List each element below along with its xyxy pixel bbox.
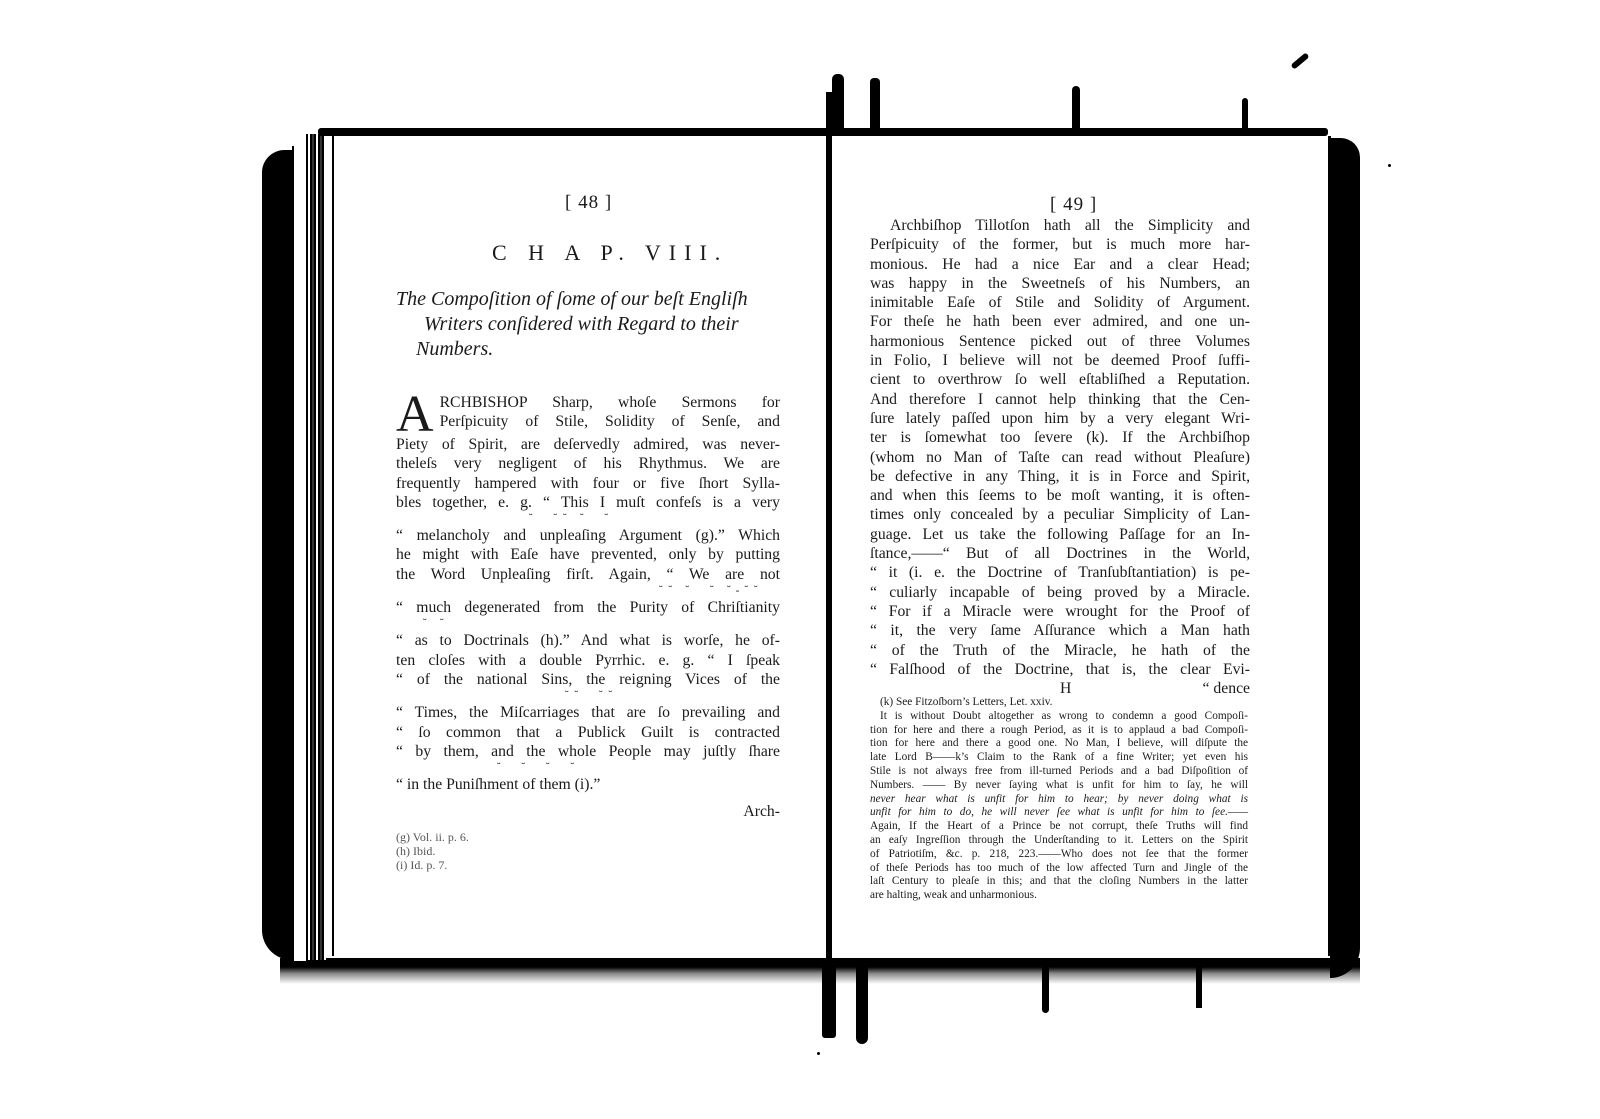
text-line: and when this ſeems to be moſt wanting, … [870, 486, 1250, 505]
footnote-line: tion for here and there a rough Period, … [870, 724, 1248, 738]
text-line: “ culiarly incapable of being proved by … [870, 583, 1250, 602]
right-body-text: Archbiſhop Tillotſon hath all the Simpli… [870, 216, 1250, 698]
bookmark-tab [1242, 98, 1248, 134]
text-line: “ it (i. e. the Doctrine of Tranſubſtant… [870, 563, 1250, 582]
bookmark-tab [832, 74, 844, 134]
footnote: (h) Ibid. [396, 844, 469, 858]
bookmark-tab [870, 78, 880, 133]
ink-speck [817, 1052, 820, 1055]
chapter-title-line: Writers conſidered with Regard to their [396, 312, 780, 337]
text-line: he might with Eaſe have prevented, only … [396, 545, 780, 564]
text-line: ſure lately paſſed upon him by a very el… [870, 409, 1250, 428]
text-line: ter is ſomewhat too ſevere (k). If the A… [870, 428, 1250, 447]
text-line: “ it, the very ſame Aſſurance which a Ma… [870, 621, 1250, 640]
bookmark-tab [1196, 958, 1202, 1008]
text-line: times only concealed by a peculiar Simpl… [870, 505, 1250, 524]
text-line: theleſs very negligent of his Rhythmus. … [396, 454, 780, 473]
scansion-marks: ˘ ˘˘ ˘ ˘ [396, 512, 780, 526]
text-line: “ Times, the Miſcarriages that are ſo pr… [396, 703, 780, 722]
footnote: (i) Id. p. 7. [396, 858, 469, 872]
text-line: “ by them, and the whole People may juſt… [396, 742, 780, 761]
catchword: Arch- [396, 802, 780, 821]
chapter-heading: C H A P. VIII. [492, 240, 728, 266]
book-cover-right-edge [1330, 138, 1360, 978]
footnote-line: tion for here and there a good one. No M… [870, 737, 1248, 751]
text-line: RCHBISHOP Sharp, whoſe Sermons for [396, 393, 780, 412]
text-line: bles together, e. g. “ This I muſt confe… [396, 493, 780, 512]
scansion-marks: ˘ ˘ ˘ ˘ [396, 761, 780, 775]
scansion-marks: ˘˘ ˘ ˘ ˘-˘˘ [396, 584, 780, 598]
text-line: monious. He had a nice Ear and a clear H… [870, 255, 1250, 274]
ink-speck [1388, 164, 1391, 167]
text-line: (whom no Man of Taſte can read without P… [870, 448, 1250, 467]
text-line: cient to overthrow ſo well eſtabliſhed a… [870, 370, 1250, 389]
footnote-line: unfit for him to do, he will never ſee w… [870, 806, 1248, 820]
text-line: was happy in the Sweetneſs of his Number… [870, 274, 1250, 293]
text-line: Perſpicuity of Stile, Solidity of Senſe,… [396, 412, 780, 431]
text-line: For theſe he hath been ever admired, and… [870, 312, 1250, 331]
footnote-line: of Patriotiſm, &c. p. 218, 223.——Who doe… [870, 848, 1248, 862]
chapter-title-line: The Compoſition of ſome of our beſt Engl… [396, 287, 780, 312]
footnote-line: laſt Century to pleaſe in this; and that… [870, 875, 1248, 889]
page-stack-edge-inner [306, 134, 326, 960]
text-line: in Folio, I believe will not be deemed P… [870, 351, 1250, 370]
text-line: And therefore I cannot help thinking tha… [870, 390, 1250, 409]
text-line: “ of the national Sins, the reigning Vic… [396, 670, 780, 689]
text-line: harmonious Sentence picked out of three … [870, 332, 1250, 351]
text-line: ten cloſes with a double Pyrrhic. e. g. … [396, 651, 780, 670]
scansion-marks: ˘˘ ˘˘ [396, 689, 780, 703]
text-line: Perſpicuity of the former, but is much m… [870, 235, 1250, 254]
bookmark-tab [1072, 86, 1080, 134]
chapter-title: The Compoſition of ſome of our beſt Engl… [396, 287, 780, 362]
footnote-line: It is without Doubt altogether as wrong … [870, 710, 1248, 724]
footnote-line: late Lord B——k’s Claim to the Rank of a … [870, 751, 1248, 765]
footnote-line: are halting, weak and unharmonious. [870, 889, 1248, 903]
text-line: Piety of Spirit, are deſervedly admired,… [396, 435, 780, 454]
text-line: inimitable Eaſe of Stile and Solidity of… [870, 293, 1250, 312]
text-line: “ as to Doctrinals (h).” And what is wor… [396, 631, 780, 650]
book-gutter [826, 92, 832, 982]
text-line: guage. Let us take the following Paſſage… [870, 525, 1250, 544]
text-line: “ much degenerated from the Purity of Ch… [396, 598, 780, 617]
page-number-right: [ 49 ] [1050, 194, 1097, 216]
text-line: “ in the Puniſhment of them (i).” [396, 775, 780, 794]
footnote-line: Again, If the Heart of a Prince be not c… [870, 820, 1248, 834]
footnote-line: (k) See Fitzoſborn’s Letters, Let. xxiv. [870, 696, 1248, 710]
bookmark-tab [1042, 958, 1049, 1013]
left-body-text: A RCHBISHOP Sharp, whoſe Sermons for Per… [396, 393, 780, 822]
text-line: “ Falſhood of the Doctrine, that is, the… [870, 660, 1250, 679]
footnote: (g) Vol. ii. p. 6. [396, 830, 469, 844]
text-line: ſtance,——“ But of all Doctrines in the W… [870, 544, 1250, 563]
footnote-line: Stile is not always free from ill-turned… [870, 765, 1248, 779]
footnote-line: an eaſy Ingreſſion through the Underſtan… [870, 834, 1248, 848]
book-top-edge [318, 128, 1328, 136]
page-number-left: [ 48 ] [565, 192, 612, 214]
text-line: “ For if a Miracle were wrought for the … [870, 602, 1250, 621]
text-line: the Word Unpleaſing firſt. Again, “ We a… [396, 565, 780, 584]
text-line: “ of the Truth of the Miracle, he hath o… [870, 641, 1250, 660]
footnote-line: never hear what is unfit for him to hear… [870, 793, 1248, 807]
left-footnotes: (g) Vol. ii. p. 6. (h) Ibid. (i) Id. p. … [396, 830, 469, 872]
drop-cap: A [396, 395, 434, 435]
text-line: Archbiſhop Tillotſon hath all the Simpli… [870, 216, 1250, 235]
text-line: frequently hampered with four or five ſh… [396, 474, 780, 493]
text-line: be defective in any Thing, it is in Forc… [870, 467, 1250, 486]
footnote-line: of theſe Periods has too much of the low… [870, 862, 1248, 876]
text-line: “ melancholy and unpleaſing Argument (g)… [396, 526, 780, 545]
text-line: “ ſo common that a Publick Guilt is cont… [396, 723, 780, 742]
footnote-line: Numbers. —— By never ſaying what is unfi… [870, 779, 1248, 793]
scansion-marks: ˘ ˘ [396, 617, 780, 631]
right-footnote: (k) See Fitzoſborn’s Letters, Let. xxiv.… [870, 696, 1248, 903]
bookmark-tab [856, 958, 868, 1044]
book-cover-left-edge [262, 150, 292, 960]
chapter-title-line: Numbers. [396, 337, 780, 362]
ink-mark [1290, 52, 1309, 69]
